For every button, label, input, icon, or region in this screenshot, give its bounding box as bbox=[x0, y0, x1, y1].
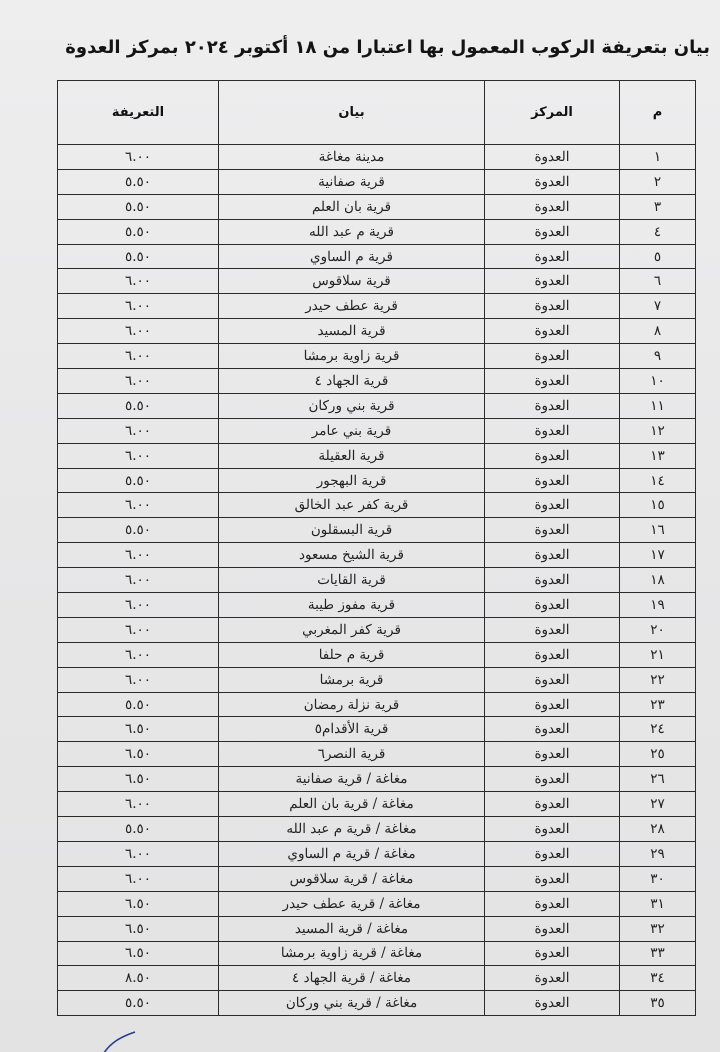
row-description: مغاغة / قرية عطف حيدر bbox=[219, 891, 485, 916]
table-row: ٢٨العدوةمغاغة / قرية م عبد الله٥.٥٠ bbox=[58, 817, 696, 842]
row-fare: ٦.٠٠ bbox=[58, 269, 219, 294]
row-center: العدوة bbox=[485, 866, 620, 891]
row-fare: ٦.٠٠ bbox=[58, 617, 219, 642]
row-fare: ٦.٠٠ bbox=[58, 493, 219, 518]
row-number: ٢٣ bbox=[620, 692, 696, 717]
row-description: قرية كفر المغربي bbox=[219, 617, 485, 642]
row-center: العدوة bbox=[485, 319, 620, 344]
row-number: ١٤ bbox=[620, 468, 696, 493]
row-center: العدوة bbox=[485, 219, 620, 244]
row-fare: ٥.٥٠ bbox=[58, 692, 219, 717]
row-fare: ٥.٥٠ bbox=[58, 244, 219, 269]
table-row: ٣٥العدوةمغاغة / قرية بني وركان٥.٥٠ bbox=[58, 991, 696, 1016]
row-description: قرية العقيلة bbox=[219, 443, 485, 468]
row-description: قرية الجهاد ٤ bbox=[219, 369, 485, 394]
row-number: ١٢ bbox=[620, 418, 696, 443]
row-center: العدوة bbox=[485, 493, 620, 518]
row-description: مغاغة / قرية صفانية bbox=[219, 767, 485, 792]
table-body: ١العدوةمدينة مغاغة٦.٠٠٢العدوةقرية صفانية… bbox=[58, 145, 696, 1016]
row-description: مغاغة / قرية بان العلم bbox=[219, 792, 485, 817]
row-fare: ٦.٠٠ bbox=[58, 418, 219, 443]
row-fare: ٥.٥٠ bbox=[58, 393, 219, 418]
table-row: ٢٥العدوةقرية النصر٦٦.٥٠ bbox=[58, 742, 696, 767]
row-number: ٢٧ bbox=[620, 792, 696, 817]
table-row: ١٥العدوةقرية كفر عبد الخالق٦.٠٠ bbox=[58, 493, 696, 518]
row-center: العدوة bbox=[485, 916, 620, 941]
row-description: قرية بني عامر bbox=[219, 418, 485, 443]
row-fare: ٦.٠٠ bbox=[58, 568, 219, 593]
table-row: ٢٠العدوةقرية كفر المغربي٦.٠٠ bbox=[58, 617, 696, 642]
row-center: العدوة bbox=[485, 617, 620, 642]
row-center: العدوة bbox=[485, 393, 620, 418]
row-center: العدوة bbox=[485, 692, 620, 717]
row-number: ١ bbox=[620, 145, 696, 170]
row-center: العدوة bbox=[485, 518, 620, 543]
row-description: مغاغة / قرية زاوية برمشا bbox=[219, 941, 485, 966]
row-number: ٣٥ bbox=[620, 991, 696, 1016]
row-fare: ٦.٠٠ bbox=[58, 792, 219, 817]
row-number: ١٦ bbox=[620, 518, 696, 543]
row-number: ١٣ bbox=[620, 443, 696, 468]
table-row: ٢٢العدوةقرية برمشا٦.٠٠ bbox=[58, 667, 696, 692]
row-fare: ٥.٥٠ bbox=[58, 219, 219, 244]
row-fare: ٦.٠٠ bbox=[58, 543, 219, 568]
header-description: بيان bbox=[219, 81, 485, 145]
row-description: قرية م الساوي bbox=[219, 244, 485, 269]
header-center: المركز bbox=[485, 81, 620, 145]
row-fare: ٥.٥٠ bbox=[58, 518, 219, 543]
row-description: قرية بني وركان bbox=[219, 393, 485, 418]
row-fare: ٦.٠٠ bbox=[58, 593, 219, 618]
row-center: العدوة bbox=[485, 792, 620, 817]
row-number: ٣٤ bbox=[620, 966, 696, 991]
table-row: ٣٤العدوةمغاغة / قرية الجهاد ٤٨.٥٠ bbox=[58, 966, 696, 991]
row-center: العدوة bbox=[485, 841, 620, 866]
row-fare: ٦.٥٠ bbox=[58, 742, 219, 767]
row-description: قرية م عبد الله bbox=[219, 219, 485, 244]
row-number: ٥ bbox=[620, 244, 696, 269]
row-center: العدوة bbox=[485, 194, 620, 219]
row-description: مغاغة / قرية سلاقوس bbox=[219, 866, 485, 891]
row-fare: ٥.٥٠ bbox=[58, 991, 219, 1016]
row-fare: ٦.٠٠ bbox=[58, 344, 219, 369]
row-number: ٣١ bbox=[620, 891, 696, 916]
table-row: ٩العدوةقرية زاوية برمشا٦.٠٠ bbox=[58, 344, 696, 369]
row-fare: ٦.٥٠ bbox=[58, 916, 219, 941]
row-center: العدوة bbox=[485, 468, 620, 493]
row-center: العدوة bbox=[485, 294, 620, 319]
row-description: مدينة مغاغة bbox=[219, 145, 485, 170]
row-center: العدوة bbox=[485, 344, 620, 369]
table-row: ٦العدوةقرية سلاقوس٦.٠٠ bbox=[58, 269, 696, 294]
row-fare: ٦.٥٠ bbox=[58, 767, 219, 792]
table-row: ٣٢العدوةمغاغة / قرية المسيد٦.٥٠ bbox=[58, 916, 696, 941]
table-row: ١١العدوةقرية بني وركان٥.٥٠ bbox=[58, 393, 696, 418]
row-description: قرية القايات bbox=[219, 568, 485, 593]
row-center: العدوة bbox=[485, 145, 620, 170]
row-fare: ٦.٠٠ bbox=[58, 294, 219, 319]
row-number: ١٧ bbox=[620, 543, 696, 568]
row-center: العدوة bbox=[485, 767, 620, 792]
table-row: ١٠العدوةقرية الجهاد ٤٦.٠٠ bbox=[58, 369, 696, 394]
row-center: العدوة bbox=[485, 269, 620, 294]
row-fare: ٦.٥٠ bbox=[58, 941, 219, 966]
table-row: ١العدوةمدينة مغاغة٦.٠٠ bbox=[58, 145, 696, 170]
table-row: ١٢العدوةقرية بني عامر٦.٠٠ bbox=[58, 418, 696, 443]
table-header-row: م المركز بيان التعريفة bbox=[58, 81, 696, 145]
table-row: ٣العدوةقرية بان العلم٥.٥٠ bbox=[58, 194, 696, 219]
row-number: ٣٢ bbox=[620, 916, 696, 941]
row-center: العدوة bbox=[485, 966, 620, 991]
table-row: ١٩العدوةقرية مفوز طيبة٦.٠٠ bbox=[58, 593, 696, 618]
document-title: بيان بتعريفة الركوب المعمول بها اعتبارا … bbox=[60, 36, 710, 60]
row-fare: ٦.٠٠ bbox=[58, 319, 219, 344]
row-number: ٢١ bbox=[620, 642, 696, 667]
table-row: ٢٣العدوةقرية نزلة رمضان٥.٥٠ bbox=[58, 692, 696, 717]
table-row: ٢٦العدوةمغاغة / قرية صفانية٦.٥٠ bbox=[58, 767, 696, 792]
table-row: ٣٣العدوةمغاغة / قرية زاوية برمشا٦.٥٠ bbox=[58, 941, 696, 966]
row-description: قرية الشيخ مسعود bbox=[219, 543, 485, 568]
row-number: ٦ bbox=[620, 269, 696, 294]
row-fare: ٦.٠٠ bbox=[58, 145, 219, 170]
row-center: العدوة bbox=[485, 742, 620, 767]
row-number: ٤ bbox=[620, 219, 696, 244]
row-center: العدوة bbox=[485, 244, 620, 269]
row-number: ٢٢ bbox=[620, 667, 696, 692]
fare-table: م المركز بيان التعريفة ١العدوةمدينة مغاغ… bbox=[57, 80, 696, 1016]
row-center: العدوة bbox=[485, 443, 620, 468]
row-fare: ٥.٥٠ bbox=[58, 194, 219, 219]
row-number: ٨ bbox=[620, 319, 696, 344]
row-number: ١٥ bbox=[620, 493, 696, 518]
table-row: ١٣العدوةقرية العقيلة٦.٠٠ bbox=[58, 443, 696, 468]
table-row: ١٦العدوةقرية البسقلون٥.٥٠ bbox=[58, 518, 696, 543]
row-description: قرية زاوية برمشا bbox=[219, 344, 485, 369]
row-description: مغاغة / قرية المسيد bbox=[219, 916, 485, 941]
row-center: العدوة bbox=[485, 593, 620, 618]
row-description: قرية البسقلون bbox=[219, 518, 485, 543]
row-center: العدوة bbox=[485, 667, 620, 692]
document-page: بيان بتعريفة الركوب المعمول بها اعتبارا … bbox=[0, 0, 720, 1052]
row-number: ١٨ bbox=[620, 568, 696, 593]
row-center: العدوة bbox=[485, 642, 620, 667]
table-row: ٤العدوةقرية م عبد الله٥.٥٠ bbox=[58, 219, 696, 244]
row-number: ١٩ bbox=[620, 593, 696, 618]
row-number: ٢٥ bbox=[620, 742, 696, 767]
table-row: ٧العدوةقرية عطف حيدر٦.٠٠ bbox=[58, 294, 696, 319]
row-fare: ٦.٠٠ bbox=[58, 443, 219, 468]
row-description: قرية كفر عبد الخالق bbox=[219, 493, 485, 518]
row-fare: ٦.٠٠ bbox=[58, 369, 219, 394]
row-fare: ٥.٥٠ bbox=[58, 468, 219, 493]
row-center: العدوة bbox=[485, 418, 620, 443]
row-fare: ٥.٥٠ bbox=[58, 169, 219, 194]
table-row: ٥العدوةقرية م الساوي٥.٥٠ bbox=[58, 244, 696, 269]
row-center: العدوة bbox=[485, 891, 620, 916]
row-number: ٢٠ bbox=[620, 617, 696, 642]
row-center: العدوة bbox=[485, 717, 620, 742]
row-fare: ٦.٠٠ bbox=[58, 841, 219, 866]
row-description: قرية صفانية bbox=[219, 169, 485, 194]
signature-mark-icon bbox=[95, 1030, 145, 1052]
row-description: مغاغة / قرية م الساوي bbox=[219, 841, 485, 866]
row-number: ٢٤ bbox=[620, 717, 696, 742]
table-row: ١٤العدوةقرية البهجور٥.٥٠ bbox=[58, 468, 696, 493]
row-fare: ٦.٠٠ bbox=[58, 866, 219, 891]
row-number: ٣٠ bbox=[620, 866, 696, 891]
row-fare: ٥.٥٠ bbox=[58, 817, 219, 842]
table-row: ١٧العدوةقرية الشيخ مسعود٦.٠٠ bbox=[58, 543, 696, 568]
row-description: قرية البهجور bbox=[219, 468, 485, 493]
row-description: قرية سلاقوس bbox=[219, 269, 485, 294]
row-number: ٣٣ bbox=[620, 941, 696, 966]
row-fare: ٦.٥٠ bbox=[58, 717, 219, 742]
row-center: العدوة bbox=[485, 941, 620, 966]
row-center: العدوة bbox=[485, 817, 620, 842]
row-center: العدوة bbox=[485, 991, 620, 1016]
row-description: قرية بان العلم bbox=[219, 194, 485, 219]
row-description: مغاغة / قرية م عبد الله bbox=[219, 817, 485, 842]
table-row: ٣٠العدوةمغاغة / قرية سلاقوس٦.٠٠ bbox=[58, 866, 696, 891]
row-center: العدوة bbox=[485, 369, 620, 394]
row-fare: ٨.٥٠ bbox=[58, 966, 219, 991]
row-description: قرية نزلة رمضان bbox=[219, 692, 485, 717]
row-number: ٣ bbox=[620, 194, 696, 219]
row-description: مغاغة / قرية الجهاد ٤ bbox=[219, 966, 485, 991]
row-number: ١٠ bbox=[620, 369, 696, 394]
row-center: العدوة bbox=[485, 568, 620, 593]
row-fare: ٦.٠٠ bbox=[58, 667, 219, 692]
row-description: قرية النصر٦ bbox=[219, 742, 485, 767]
row-description: مغاغة / قرية بني وركان bbox=[219, 991, 485, 1016]
table-row: ٢٧العدوةمغاغة / قرية بان العلم٦.٠٠ bbox=[58, 792, 696, 817]
table-row: ٢العدوةقرية صفانية٥.٥٠ bbox=[58, 169, 696, 194]
row-description: قرية المسيد bbox=[219, 319, 485, 344]
table-row: ٢٩العدوةمغاغة / قرية م الساوي٦.٠٠ bbox=[58, 841, 696, 866]
row-fare: ٦.٥٠ bbox=[58, 891, 219, 916]
row-center: العدوة bbox=[485, 169, 620, 194]
table-row: ٨العدوةقرية المسيد٦.٠٠ bbox=[58, 319, 696, 344]
row-description: قرية مفوز طيبة bbox=[219, 593, 485, 618]
row-number: ١١ bbox=[620, 393, 696, 418]
row-description: قرية عطف حيدر bbox=[219, 294, 485, 319]
row-center: العدوة bbox=[485, 543, 620, 568]
row-number: ٢ bbox=[620, 169, 696, 194]
table-row: ١٨العدوةقرية القايات٦.٠٠ bbox=[58, 568, 696, 593]
row-description: قرية الأقدام٥ bbox=[219, 717, 485, 742]
table-row: ٢٤العدوةقرية الأقدام٥٦.٥٠ bbox=[58, 717, 696, 742]
row-number: ٩ bbox=[620, 344, 696, 369]
row-description: قرية م حلفا bbox=[219, 642, 485, 667]
row-number: ٧ bbox=[620, 294, 696, 319]
row-number: ٢٨ bbox=[620, 817, 696, 842]
row-number: ٢٦ bbox=[620, 767, 696, 792]
row-fare: ٦.٠٠ bbox=[58, 642, 219, 667]
table-row: ٢١العدوةقرية م حلفا٦.٠٠ bbox=[58, 642, 696, 667]
table-row: ٣١العدوةمغاغة / قرية عطف حيدر٦.٥٠ bbox=[58, 891, 696, 916]
row-number: ٢٩ bbox=[620, 841, 696, 866]
header-number: م bbox=[620, 81, 696, 145]
row-description: قرية برمشا bbox=[219, 667, 485, 692]
header-fare: التعريفة bbox=[58, 81, 219, 145]
